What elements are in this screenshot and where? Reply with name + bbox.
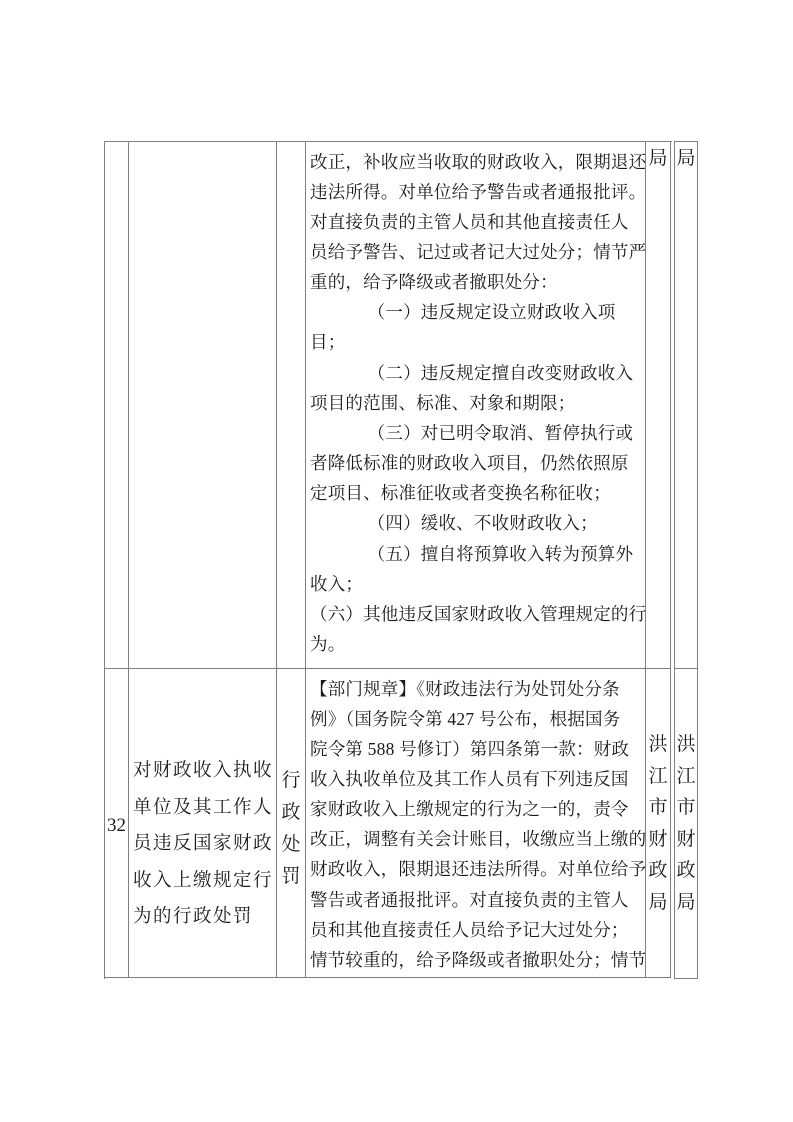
item-name-cell: 对财政收入执收单位及其工作人员违反国家财政收入上缴规定行为的行政处罚: [129, 669, 277, 978]
agency-text: 洪江市财政局: [676, 729, 696, 918]
category-cell: 行政处罚: [277, 669, 306, 978]
item-name-cell-continuation: [129, 142, 277, 669]
document-page: 改正，补收应当收取的财政收入，限期退还违法所得。对单位给予警告或者通报批评。对直…: [0, 0, 793, 1122]
category-text: 行政处罚: [281, 765, 301, 893]
seq-number: 32: [105, 815, 128, 837]
agency-cell-a-continuation: 局: [646, 142, 671, 669]
agency-cell-b: 洪江市财政局: [675, 669, 697, 978]
seq-cell-continuation: [105, 142, 129, 669]
powers-list-table: 改正，补收应当收取的财政收入，限期退还违法所得。对单位给予警告或者通报批评。对直…: [104, 141, 672, 979]
agency-cell-a: 洪江市财政局: [646, 669, 671, 978]
agency-text-tail: 局: [646, 148, 670, 170]
agency-text-tail: 局: [675, 148, 697, 170]
item-name-text: 对财政收入执收单位及其工作人员违反国家财政收入上缴规定行为的行政处罚: [133, 753, 276, 936]
agency-text: 洪江市财政局: [648, 729, 668, 918]
seq-cell: 32: [105, 669, 129, 978]
agency-side-column: 局 洪江市财政局: [674, 141, 698, 979]
legal-basis-cell-continuation: 改正，补收应当收取的财政收入，限期退还违法所得。对单位给予警告或者通报批评。对直…: [306, 142, 646, 669]
legal-basis-text: 【部门规章】《财政违法行为处罚处分条例》（国务院令第 427 号公布，根据国务院…: [310, 674, 643, 976]
category-cell-continuation: [277, 142, 306, 669]
legal-basis-text: 改正，补收应当收取的财政收入，限期退还违法所得。对单位给予警告或者通报批评。对直…: [310, 147, 643, 660]
agency-cell-b-continuation: 局: [675, 142, 697, 669]
legal-basis-cell: 【部门规章】《财政违法行为处罚处分条例》（国务院令第 427 号公布，根据国务院…: [306, 669, 646, 978]
